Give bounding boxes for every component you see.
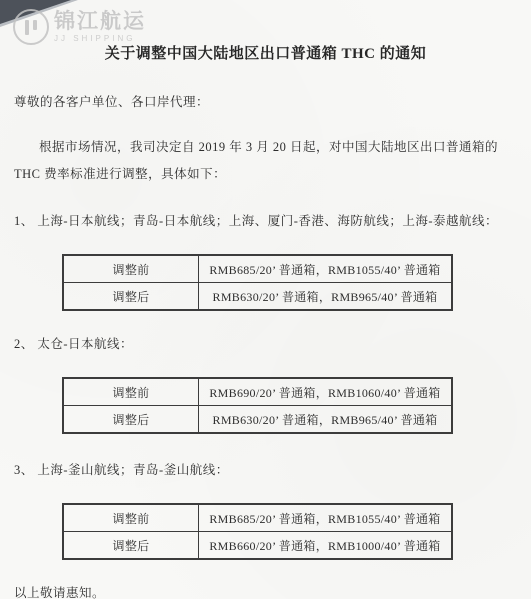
- rate-table-2: 调整前 RMB690/20’ 普通箱，RMB1060/40’ 普通箱 调整后 R…: [62, 377, 453, 434]
- rate-table-1: 调整前 RMB685/20’ 普通箱，RMB1055/40’ 普通箱 调整后 R…: [62, 254, 453, 311]
- table-row: 调整后 RMB630/20’ 普通箱，RMB965/40’ 普通箱: [63, 283, 452, 311]
- row-label: 调整前: [63, 504, 199, 532]
- table-row: 调整后 RMB660/20’ 普通箱，RMB1000/40’ 普通箱: [63, 532, 452, 560]
- row-value: RMB660/20’ 普通箱，RMB1000/40’ 普通箱: [199, 532, 453, 560]
- row-value: RMB685/20’ 普通箱，RMB1055/40’ 普通箱: [199, 255, 453, 283]
- row-value: RMB630/20’ 普通箱，RMB965/40’ 普通箱: [199, 283, 453, 311]
- logo-bar-icon: [33, 20, 37, 30]
- row-label: 调整前: [63, 378, 199, 406]
- row-label: 调整后: [63, 532, 199, 560]
- row-label: 调整后: [63, 283, 199, 311]
- table-row: 调整后 RMB630/20’ 普通箱，RMB965/40’ 普通箱: [63, 406, 452, 434]
- row-label: 调整前: [63, 255, 199, 283]
- logo-company-name-cn: 锦江航运: [54, 11, 146, 32]
- company-logo: 锦江航运 JJ SHIPPING: [13, 9, 146, 45]
- closing-line: 以上敬请惠知。: [14, 585, 531, 599]
- intro-paragraph: 根据市场情况，我司决定自 2019 年 3 月 20 日起，对中国大陆地区出口普…: [14, 134, 513, 188]
- row-value: RMB690/20’ 普通箱，RMB1060/40’ 普通箱: [199, 378, 453, 406]
- row-value: RMB685/20’ 普通箱，RMB1055/40’ 普通箱: [199, 504, 453, 532]
- logo-company-name-en: JJ SHIPPING: [54, 35, 146, 43]
- notice-document: 锦江航运 JJ SHIPPING 关于调整中国大陆地区出口普通箱 THC 的通知…: [0, 0, 531, 599]
- table-row: 调整前 RMB685/20’ 普通箱，RMB1055/40’ 普通箱: [63, 255, 452, 283]
- section-2-heading: 2、 太仓-日本航线：: [14, 336, 521, 352]
- salutation: 尊敬的各客户单位、各口岸代理：: [14, 94, 531, 110]
- section-1-heading: 1、 上海-日本航线；青岛-日本航线；上海、厦门-香港、海防航线；上海-泰越航线…: [14, 213, 521, 229]
- row-label: 调整后: [63, 406, 199, 434]
- section-3-heading: 3、 上海-釜山航线；青岛-釜山航线：: [14, 462, 521, 478]
- table-row: 调整前 RMB690/20’ 普通箱，RMB1060/40’ 普通箱: [63, 378, 452, 406]
- table-row: 调整前 RMB685/20’ 普通箱，RMB1055/40’ 普通箱: [63, 504, 452, 532]
- logo-emblem-icon: [13, 9, 49, 45]
- logo-bar-icon: [25, 20, 29, 35]
- rate-table-3: 调整前 RMB685/20’ 普通箱，RMB1055/40’ 普通箱 调整后 R…: [62, 503, 453, 560]
- row-value: RMB630/20’ 普通箱，RMB965/40’ 普通箱: [199, 406, 453, 434]
- logo-text: 锦江航运 JJ SHIPPING: [54, 11, 146, 43]
